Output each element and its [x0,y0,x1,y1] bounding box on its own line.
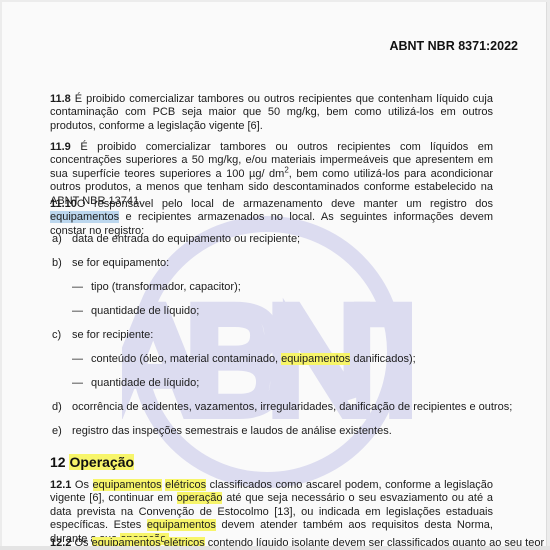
list-subitem-b2: —quantidade de líquido; [72,305,199,317]
highlighted-text: operação [177,492,223,504]
list-text: registro das inspeções semestrais e laud… [72,425,392,437]
heading-number: 12 [50,454,66,470]
highlighted-text: equipamentos [281,353,350,365]
list-item-a: a)data de entrada do equipamento ou reci… [52,233,300,245]
list-label: a) [52,233,72,245]
dash-label: — [72,377,91,389]
list-text: tipo (transformador, capacitor); [91,281,241,293]
list-item-b: b)se for equipamento: [52,257,169,269]
list-label: c) [52,329,72,341]
paragraph-text: O responsável pelo local de armazenament… [77,198,493,210]
list-subitem-b1: —tipo (transformador, capacitor); [72,281,241,293]
section-number: 11.8 [50,93,71,105]
dash-label: — [72,353,91,365]
dash-label: — [72,281,91,293]
dash-label: — [72,305,91,317]
list-text: se for recipiente: [72,329,153,341]
list-text: quantidade de líquido; [91,377,199,389]
list-text: data de entrada do equipamento ou recipi… [72,233,300,245]
highlighted-text: equipamentos [93,479,162,491]
section-12-heading: 12 Operação [50,454,134,470]
heading-title-highlighted: Operação [69,454,134,470]
list-item-e: e)registro das inspeções semestrais e la… [52,425,392,437]
list-label: d) [52,401,72,413]
section-number: 12.1 [50,479,71,491]
paragraph-text: Os [71,479,92,491]
paragraph-text: É proibido comercializar tambores ou out… [50,93,493,132]
paragraph-12-1: 12.1 Os equipamentos elétricos classific… [50,479,493,546]
section-number: 11.9 [50,141,71,153]
list-text: conteúdo (óleo, material contaminado, [91,353,281,365]
list-item-c: c)se for recipiente: [52,329,153,341]
standard-code-header: ABNT NBR 8371:2022 [389,39,518,53]
highlighted-text: equipamentos [147,519,216,531]
list-item-d: d)ocorrência de acidentes, vazamentos, i… [52,401,512,413]
page-bottom-edge [0,546,550,550]
list-subitem-c1: —conteúdo (óleo, material contaminado, e… [72,353,416,365]
list-text: ocorrência de acidentes, vazamentos, irr… [72,401,512,413]
list-text: se for equipamento: [72,257,169,269]
list-label: b) [52,257,72,269]
document-page: ABNT ABNT NBR 8371:2022 11.8 É proibido … [2,2,547,548]
list-label: e) [52,425,72,437]
list-text: danificados); [350,353,415,365]
list-text: quantidade de líquido; [91,305,199,317]
paragraph-11-8: 11.8 É proibido comercializar tambores o… [50,93,493,133]
section-number: 11.10 [50,198,77,210]
list-subitem-c2: —quantidade de líquido; [72,377,199,389]
selected-text[interactable]: equipamentos [50,211,119,223]
highlighted-text: elétricos [165,479,206,491]
